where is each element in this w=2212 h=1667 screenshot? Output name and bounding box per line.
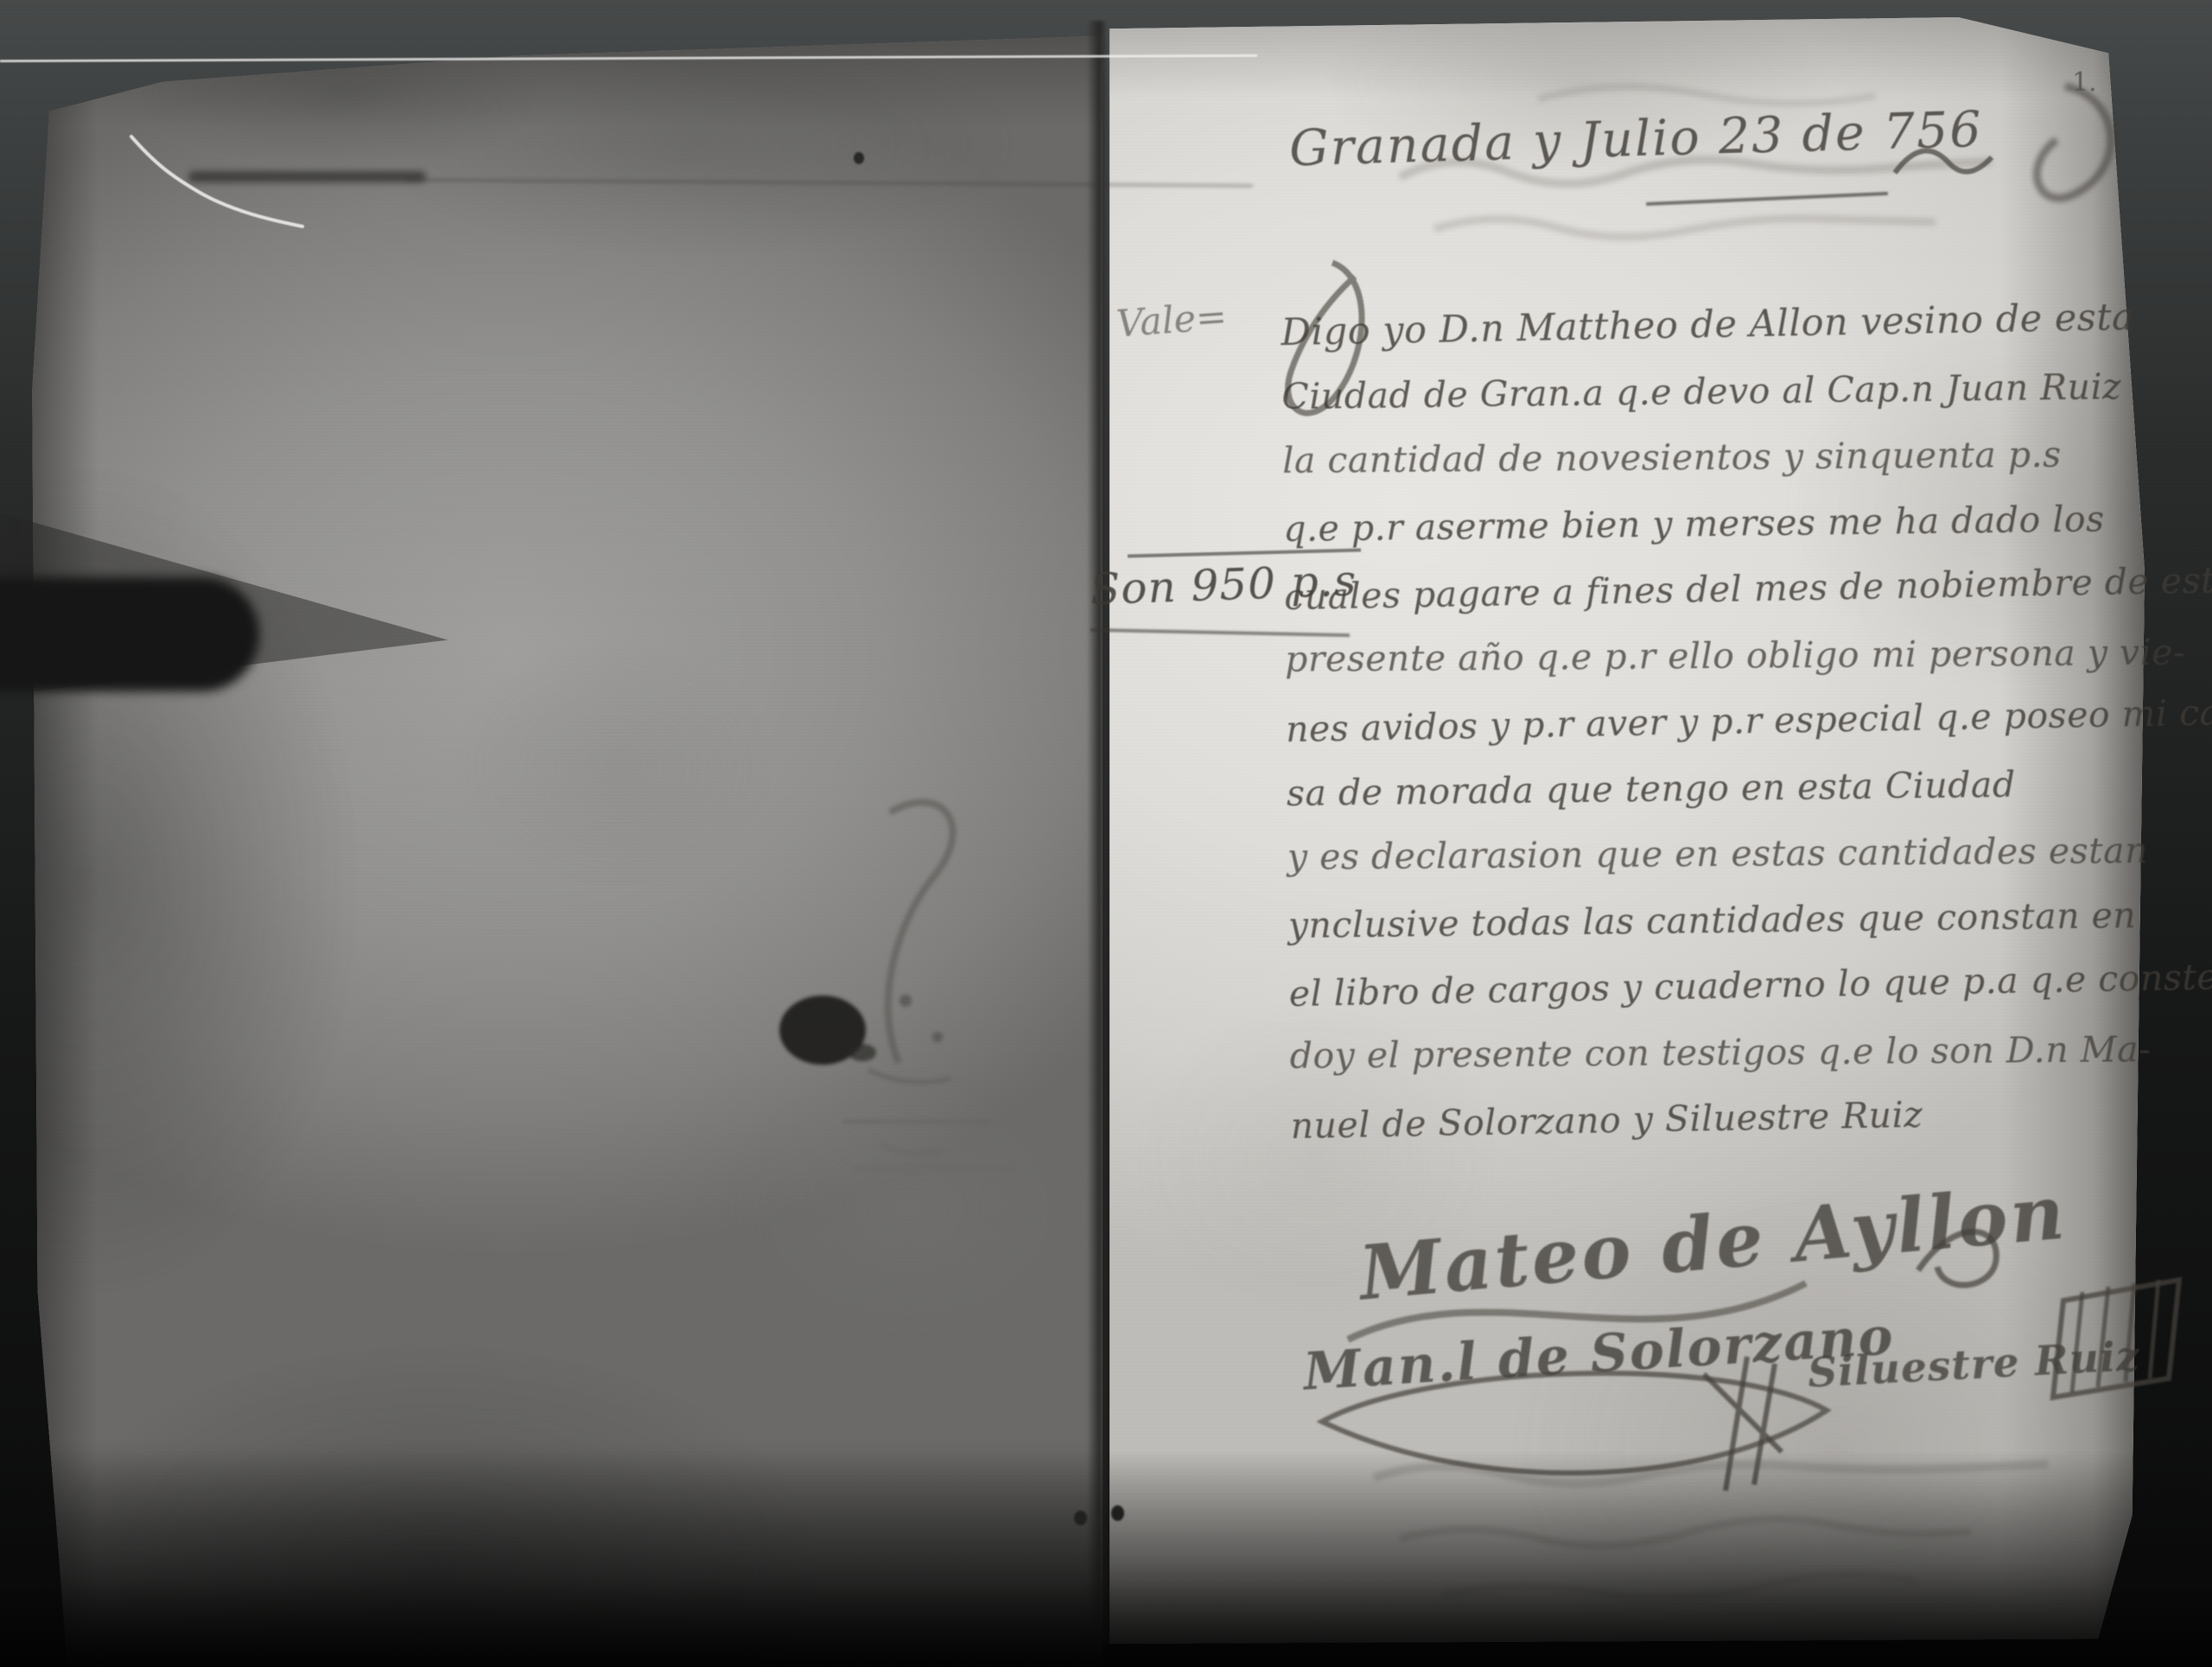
ink-dot (854, 152, 864, 164)
ink-dot (1111, 1505, 1124, 1521)
finger-shadow (0, 577, 259, 691)
body-line: la cantidad de novesientos y sinquenta p… (1282, 421, 2147, 493)
left-page-bleedthrough (760, 778, 1132, 1193)
body-line: sa de morada que tengo en esta Ciudad (1287, 749, 2152, 826)
folio-number: 1. (2072, 67, 2097, 98)
body-line: nuel de Solorzano y Siluestre Ruiz (1290, 1078, 2155, 1160)
body-line: presente año q.e p.r ello obligo mi pers… (1285, 620, 2150, 692)
thread-scratch (121, 130, 311, 242)
body-line: cuales pagare a fines del mes de nobiemb… (1284, 549, 2149, 631)
bottom-bleedthrough (1348, 1430, 2143, 1638)
ruiz-rubric (1840, 1197, 2203, 1456)
body-line: el libro de cargos y cuaderno lo que p.a… (1288, 945, 2153, 1028)
ink-dot (1074, 1511, 1087, 1525)
body-line: Ciudad de Gran.a q.e devo al Cap.n Juan … (1281, 353, 2146, 429)
manuscript-scan: 1. Granada y Julio 23 de 756 Vale= Son 9… (0, 0, 2212, 1667)
margin-note-vale: Vale= (1115, 296, 1228, 347)
body-line: y es declarasion que en estas cantidades… (1287, 818, 2152, 890)
body-line: doy el presente con testigos q.e lo son … (1289, 1016, 2154, 1089)
body-text: Digo yo D.n Mattheo de Allon vesino de e… (1281, 287, 2155, 1157)
